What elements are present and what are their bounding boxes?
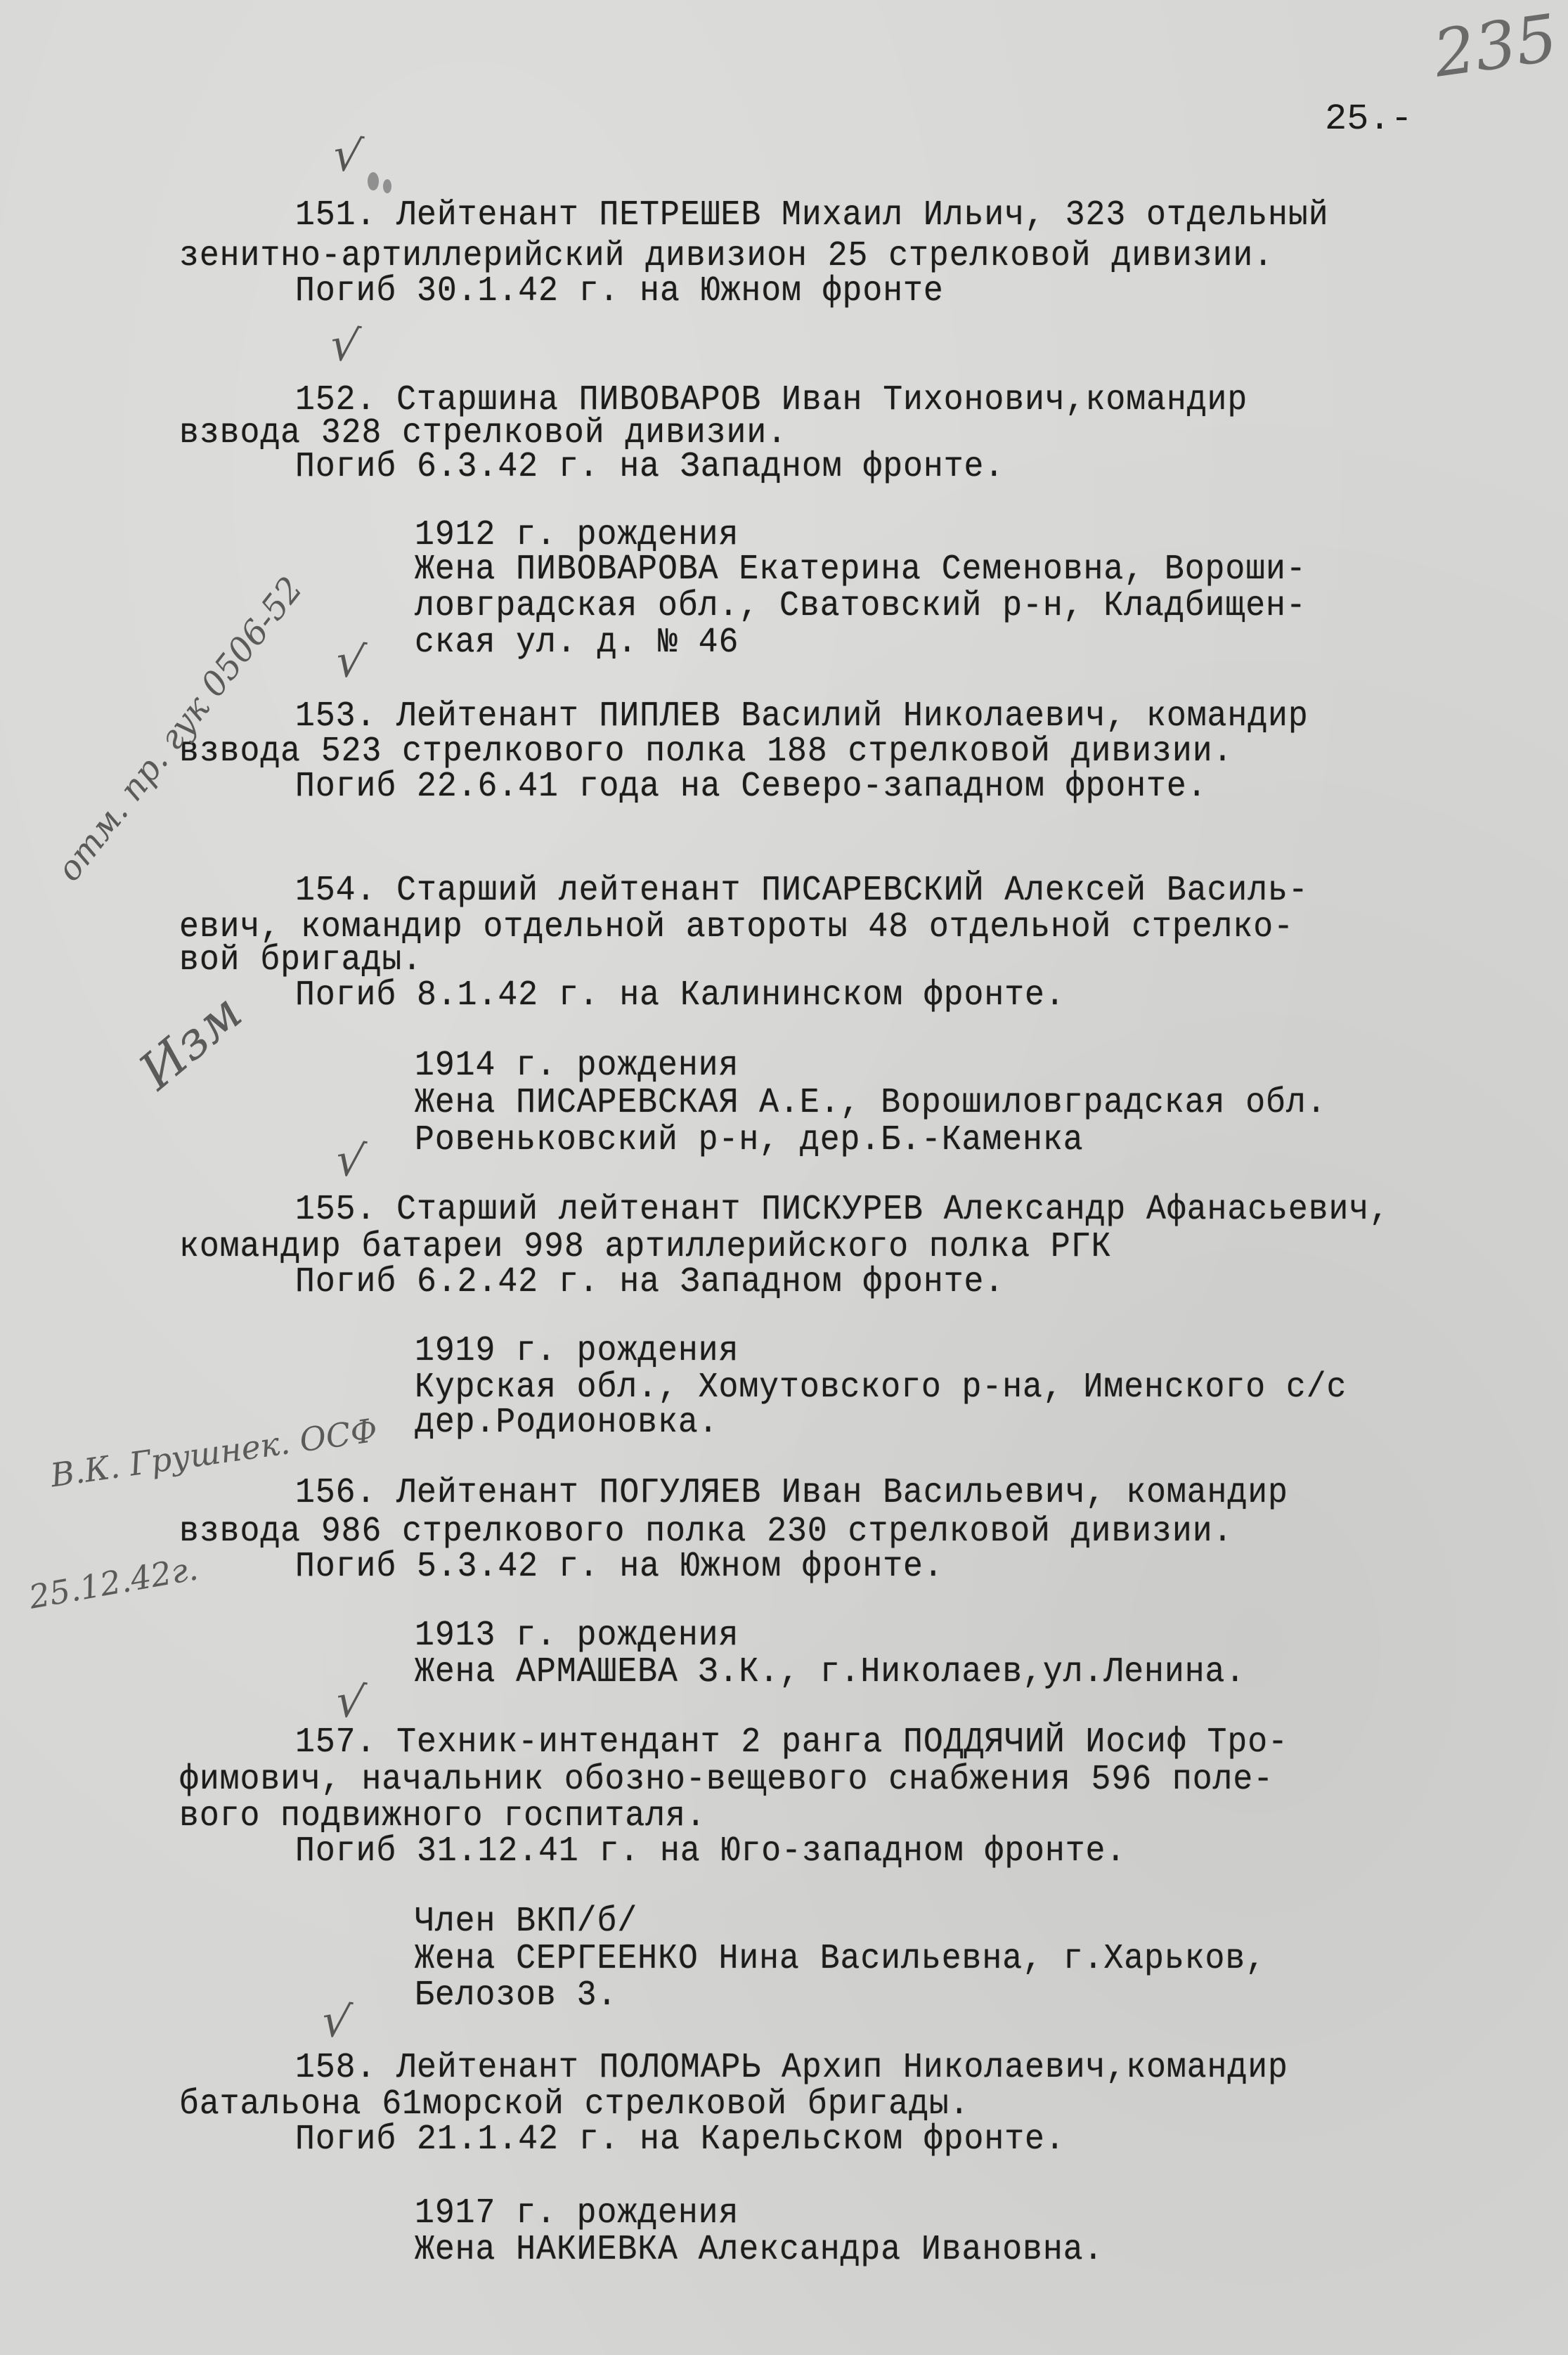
entry-line: вого подвижного госпиталя. [179,1799,706,1834]
entry-line: Погиб 21.1.42 г. на Карельском фронте. [295,2122,1065,2158]
handwritten-signature: Изм [128,982,253,1101]
family-line: Курская обл., Хомутовского р-на, Именско… [415,1370,1347,1406]
family-line: ская ул. д. № 46 [415,625,739,661]
handwritten-archive-number: 235 [1429,0,1562,91]
ink-blot [383,179,391,193]
entry-line: взвода 986 стрелкового полка 230 стрелко… [179,1514,1233,1550]
family-line: Жена НАКИЕВКА Александра Ивановна. [415,2233,1103,2268]
family-line: 1914 г. рождения [415,1049,739,1084]
entry-line: Погиб 6.3.42 г. на Западном фронте. [295,450,1004,485]
ink-blot [368,172,379,190]
page-number: 25.- [1325,98,1413,140]
entry-line: 153. Лейтенант ПИПЛЕВ Василий Николаевич… [295,699,1309,734]
entry-line: Погиб 30.1.42 г. на Южном фронте [295,274,944,309]
entry-line: Погиб 5.3.42 г. на Южном фронте. [295,1550,944,1585]
entry-line: Погиб 22.6.41 года на Северо-западном фр… [295,770,1207,805]
entry-line: взвода 328 стрелковой дивизии. [179,416,787,451]
family-line: 1917 г. рождения [415,2196,739,2231]
checkmark-icon: √ [330,129,365,184]
family-line: Жена ПИСАРЕВСКАЯ А.Е., Ворошиловградская… [415,1086,1327,1121]
entry-line: 156. Лейтенант ПОГУЛЯЕВ Иван Васильевич,… [295,1476,1288,1511]
family-line: 1913 г. рождения [415,1618,739,1654]
family-line: Ровеньковский р-н, дер.Б.-Каменка [415,1123,1084,1158]
entry-line: 151. Лейтенант ПЕТРЕШЕВ Михаил Ильич, 32… [295,198,1329,233]
family-line: Жена ПИВОВАРОВА Екатерина Семеновна, Вор… [415,552,1307,588]
entry-line: вой бригады. [179,943,422,978]
entry-line: взвода 523 стрелкового полка 188 стрелко… [179,734,1233,770]
family-line: Жена СЕРГЕЕНКО Нина Васильевна, г.Харько… [415,1942,1266,1977]
family-line: Член ВКП/б/ [415,1905,637,1940]
checkmark-icon: √ [318,1994,354,2050]
entry-line: Погиб 8.1.42 г. на Калининском фронте. [295,978,1065,1013]
checkmark-icon: √ [332,1675,368,1730]
entry-line: фимович, начальник обозно-вещевого снабж… [179,1763,1274,1798]
handwritten-note: отм. пр. гук 0506-52 [49,569,311,888]
family-line: Жена АРМАШЕВА З.К., г.Николаев,ул.Ленина… [415,1655,1245,1690]
handwritten-date: 25.12.42г. [26,1549,200,1616]
family-line: дер.Родионовка. [415,1406,719,1441]
family-line: 1919 г. рождения [415,1334,739,1369]
checkmark-icon: √ [332,635,368,690]
checkmark-icon: √ [332,1134,368,1189]
document-page: 235 25.- √ √ √ √ √ √ 151. Лейтенант ПЕТР… [0,0,1568,2355]
entry-line: Погиб 6.2.42 г. на Западном фронте. [295,1265,1004,1300]
entry-line: батальона 61морской стрелковой бригады. [179,2087,970,2122]
entry-line: командир батареи 998 артиллерийского пол… [179,1230,1111,1265]
entry-line: 158. Лейтенант ПОЛОМАРЬ Архип Николаевич… [295,2051,1288,2086]
checkmark-icon: √ [327,318,363,374]
family-line: ловградская обл., Сватовский р-н, Кладби… [415,589,1307,624]
entry-line: 155. Старший лейтенант ПИСКУРЕВ Александ… [295,1193,1389,1228]
family-line: Белозов 3. [415,1978,617,2013]
family-line: 1912 г. рождения [415,518,739,553]
entry-line: 154. Старший лейтенант ПИСАРЕВСКИЙ Алекс… [295,874,1309,909]
entry-line: Погиб 31.12.41 г. на Юго-западном фронте… [295,1834,1126,1869]
entry-line: 157. Техник-интендант 2 ранга ПОДДЯЧИЙ И… [295,1725,1288,1760]
entry-line: зенитно-артиллерийский дивизион 25 стрел… [179,239,1274,274]
